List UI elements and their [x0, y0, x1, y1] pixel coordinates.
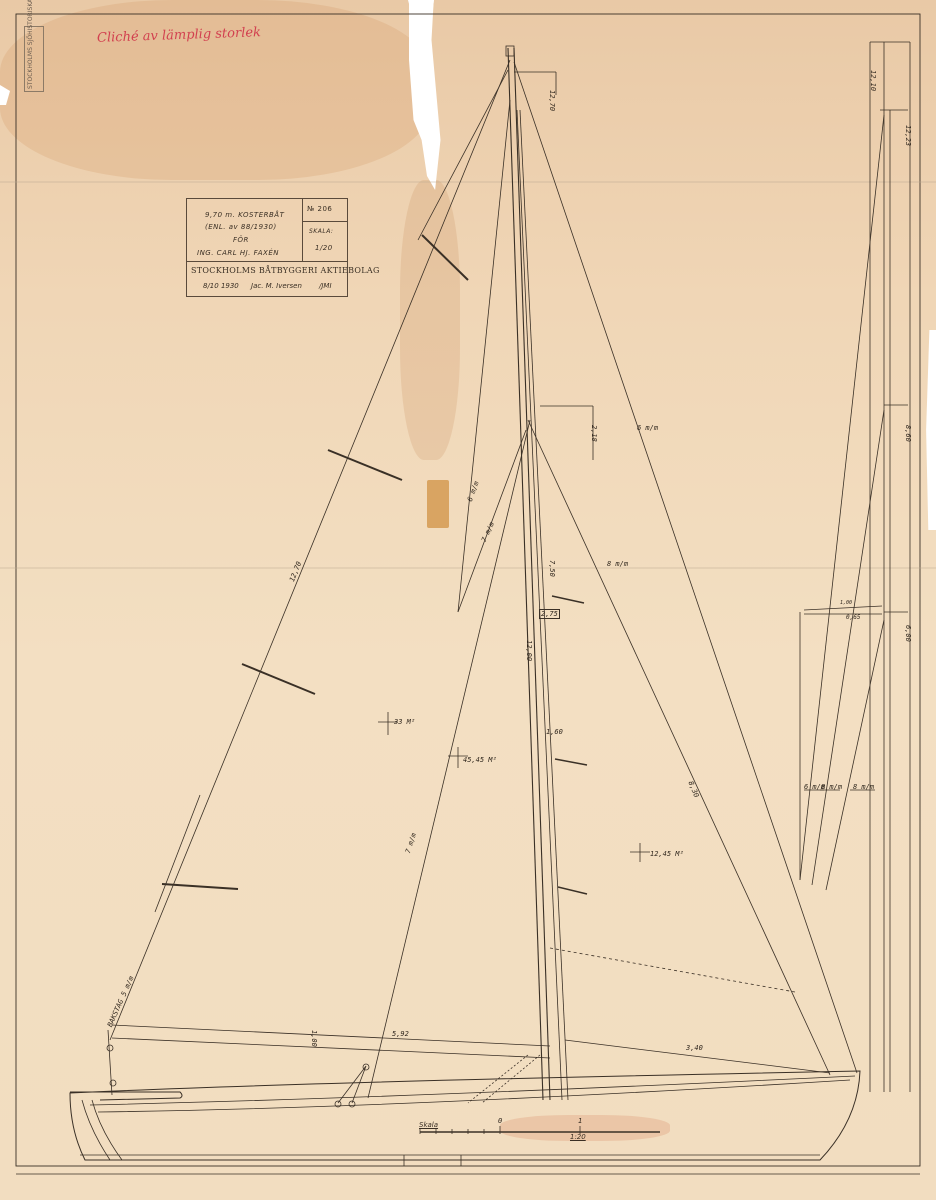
- sail-area-jib: 45,45 M²: [463, 756, 497, 764]
- side-wire-3: 8 m/m: [853, 783, 874, 791]
- mast-box-label: 2,75: [539, 609, 560, 619]
- scale-tick-1: 1: [578, 1117, 582, 1125]
- dim-shroud-3: 8 m/m: [607, 560, 628, 568]
- side-dim-lower: 6,00: [904, 625, 912, 642]
- scale-bar-label: Skala: [419, 1121, 438, 1129]
- drawing-number-cell: № 206: [303, 199, 347, 222]
- scale-value: 1/20: [315, 244, 333, 252]
- sail-plan-drawing: [0, 0, 936, 1200]
- dim-spar: 7,50: [548, 560, 556, 577]
- title-line-2: (ENL. av 88/1930): [205, 223, 277, 231]
- sail-area-staysail: 12,45 M²: [650, 850, 684, 858]
- drawing-number: № 206: [307, 205, 332, 213]
- side-dim-spreader-b: 0,65: [846, 614, 860, 621]
- side-dim-top: 12,10: [869, 70, 877, 91]
- scale-label: SKALA:: [309, 228, 333, 235]
- company-name: STOCKHOLMS BÅTBYGGERI AKTIEBOLAG: [191, 266, 380, 275]
- dim-shroud-1: 6 m/m: [637, 424, 658, 432]
- title-line-4: ING. CARL HJ. FAXÉN: [197, 249, 279, 257]
- title-block-description: 9,70 m. KOSTERBÅT (ENL. av 88/1930) FÖR …: [187, 199, 303, 262]
- side-dim-upper: 12,23: [904, 125, 912, 146]
- initials: /JMI: [319, 282, 332, 290]
- scale-tick-0: 0: [498, 1117, 502, 1125]
- title-block: 9,70 m. KOSTERBÅT (ENL. av 88/1930) FÖR …: [186, 198, 348, 297]
- scale-bar-ratio: 1:20: [570, 1133, 586, 1141]
- dim-boom: 5,92: [392, 1030, 409, 1038]
- archive-stamp: STOCKHOLMS SJÖHISTORISKA 593 103: [24, 26, 44, 92]
- title-line-1: 9,70 m. KOSTERBÅT: [205, 211, 284, 219]
- drawing-date: 8/10 1930: [203, 282, 239, 290]
- drawing-sheet: STOCKHOLMS SJÖHISTORISKA 593 103 Cliché …: [0, 0, 936, 1200]
- title-line-3: FÖR: [233, 236, 249, 244]
- dim-foot: 3,40: [686, 1044, 703, 1052]
- dim-boom-height: 1,00: [310, 1030, 318, 1047]
- dim-spreader: 2,18: [590, 425, 598, 442]
- dim-mast-width: 1,60: [546, 728, 563, 736]
- scale-cell: SKALA: 1/20: [303, 222, 347, 262]
- side-wire-2: 8 m/m: [821, 783, 842, 791]
- signature: Jac. M. Iversen: [251, 282, 302, 290]
- side-dim-middle: 8,60: [904, 425, 912, 442]
- sail-area-mainsail: 33 M²: [394, 718, 415, 726]
- dim-mast-top: 12,70: [548, 90, 556, 111]
- stamp-text: STOCKHOLMS SJÖHISTORISKA 593 103: [27, 0, 34, 89]
- dim-mast-height: 12,00: [525, 640, 533, 661]
- side-dim-spreader: 1,00: [840, 600, 852, 606]
